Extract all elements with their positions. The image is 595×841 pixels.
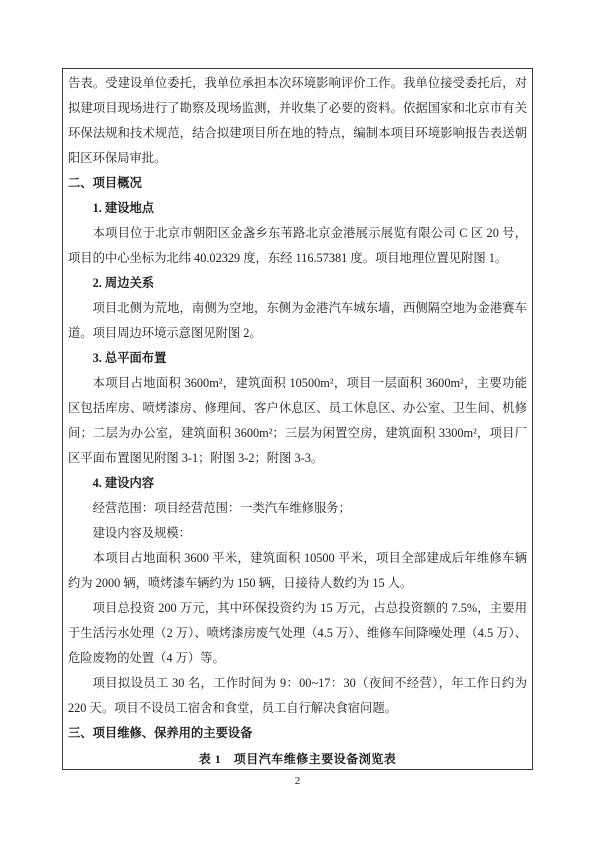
paragraph: 告表。受建设单位委托，我单位承担本次环境影响评价工作。我单位接受委托后，对拟建项… xyxy=(68,71,527,171)
body-text: 告表。受建设单位委托，我单位承担本次环境影响评价工作。我单位接受委托后，对拟建项… xyxy=(68,71,527,746)
page-number: 2 xyxy=(0,775,595,787)
section-heading: 二、项目概况 xyxy=(68,171,527,196)
paragraph: 经营范围：项目经营范围：一类汽车维修服务； xyxy=(68,496,527,521)
paragraph: 本项目占地面积 3600 平米，建筑面积 10500 平米，项目全部建成后年维修… xyxy=(68,546,527,596)
subsection-heading: 1. 建设地点 xyxy=(68,196,527,221)
paragraph: 项目总投资 200 万元，其中环保投资约为 15 万元，占总投资额的 7.5%，… xyxy=(68,596,527,671)
table-caption: 表 1 项目汽车维修主要设备浏览表 xyxy=(68,750,527,767)
document-page: 告表。受建设单位委托，我单位承担本次环境影响评价工作。我单位接受委托后，对拟建项… xyxy=(0,0,595,841)
equipment-table-section: 表 1 项目汽车维修主要设备浏览表 序号 设备名称 数量 单位 xyxy=(68,746,527,770)
paragraph: 建设内容及规模： xyxy=(68,521,527,546)
paragraph: 本项目占地面积 3600m²，建筑面积 10500m²，项目一层面积 3600m… xyxy=(68,371,527,471)
subsection-heading: 2. 周边关系 xyxy=(68,271,527,296)
paragraph: 项目拟设员工 30 名，工作时间为 9：00~17：30（夜间不经营），年工作日… xyxy=(68,671,527,721)
report-form-frame: 告表。受建设单位委托，我单位承担本次环境影响评价工作。我单位接受委托后，对拟建项… xyxy=(62,68,533,770)
paragraph: 本项目位于北京市朝阳区金盏乡东苇路北京金港展示展览有限公司 C 区 20 号，项… xyxy=(68,221,527,271)
subsection-heading: 3. 总平面布置 xyxy=(68,346,527,371)
subsection-heading: 4. 建设内容 xyxy=(68,471,527,496)
paragraph: 项目北侧为荒地，南侧为空地，东侧为金港汽车城东墙，西侧隔空地为金港赛车道。项目周… xyxy=(68,296,527,346)
section-heading: 三、项目维修、保养用的主要设备 xyxy=(68,721,527,746)
